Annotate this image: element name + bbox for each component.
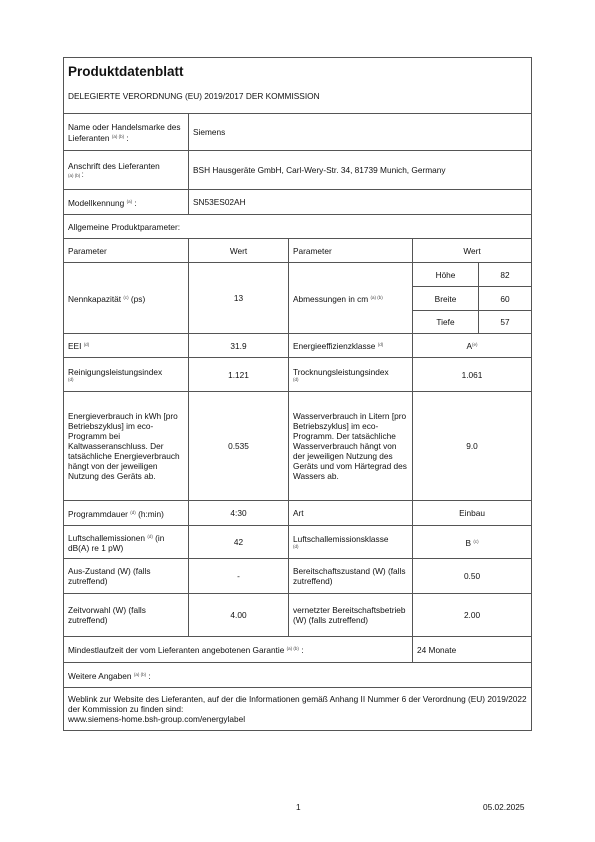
warranty-row: Mindestlaufzeit der vom Lieferanten ange… bbox=[64, 637, 532, 663]
supplier-address-label: Anschrift des Lieferanten(a) (b) : bbox=[64, 151, 189, 190]
dimension-depth-label: Tiefe bbox=[413, 311, 479, 334]
energy-consumption-value: 0.535 bbox=[189, 392, 289, 501]
general-section-row: Allgemeine Produktparameter: bbox=[64, 215, 532, 239]
weblink-url[interactable]: www.siemens-home.bsh-group.com/energylab… bbox=[68, 714, 245, 724]
col-header-parameter-2: Parameter bbox=[289, 239, 413, 263]
off-mode-label: Aus-Zustand (W) (falls zutreffend) bbox=[64, 559, 189, 594]
eei-value: 31.9 bbox=[189, 334, 289, 358]
model-label: Modellkennung (a) : bbox=[64, 190, 189, 215]
networked-standby-value: 2.00 bbox=[413, 594, 532, 637]
networked-standby-label: vernetzter Bereitschaftsbetrieb (W) (fal… bbox=[289, 594, 413, 637]
more-info-label: Weitere Angaben (a) (b) : bbox=[64, 663, 532, 688]
supplier-name-row: Name oder Handelsmarke des Lieferanten (… bbox=[64, 114, 532, 151]
dimension-width-value: 60 bbox=[479, 287, 532, 311]
data-table: Produktdatenblatt DELEGIERTE VERORDNUNG … bbox=[63, 57, 532, 731]
page-number: 1 bbox=[296, 802, 301, 812]
col-header-value: Wert bbox=[189, 239, 289, 263]
weblink-cell: Weblink zur Website des Lieferanten, auf… bbox=[64, 688, 532, 731]
delay-row: Zeitvorwahl (W) (falls zutreffend) 4.00 … bbox=[64, 594, 532, 637]
noise-row: Luftschallemissionen (d) (in dB(A) re 1 … bbox=[64, 526, 532, 559]
regulation-subtitle: DELEGIERTE VERORDNUNG (EU) 2019/2017 DER… bbox=[68, 91, 527, 101]
dimension-height-value: 82 bbox=[479, 263, 532, 287]
eei-label: EEI (d) bbox=[64, 334, 189, 358]
off-mode-value: - bbox=[189, 559, 289, 594]
capacity-label: Nennkapazität (c) (ps) bbox=[64, 263, 189, 334]
cleaning-index-value: 1.121 bbox=[189, 358, 289, 392]
program-duration-value: 4:30 bbox=[189, 501, 289, 526]
type-label: Art bbox=[289, 501, 413, 526]
supplier-address-value: BSH Hausgeräte GmbH, Carl-Wery-Str. 34, … bbox=[189, 151, 532, 190]
energy-consumption-label: Energieverbrauch in kWh [pro Betriebszyk… bbox=[64, 392, 189, 501]
duration-row: Programmdauer (d) (h:min) 4:30 Art Einba… bbox=[64, 501, 532, 526]
dimension-height-label: Höhe bbox=[413, 263, 479, 287]
noise-emission-value: 42 bbox=[189, 526, 289, 559]
consumption-row: Energieverbrauch in kWh [pro Betriebszyk… bbox=[64, 392, 532, 501]
weblink-description: Weblink zur Website des Lieferanten, auf… bbox=[68, 694, 527, 714]
drying-index-label: Trocknungsleistungsindex(d) bbox=[289, 358, 413, 392]
dimension-depth-value: 57 bbox=[479, 311, 532, 334]
delay-start-value: 4.00 bbox=[189, 594, 289, 637]
capacity-row: Nennkapazität (c) (ps) 13 Abmessungen in… bbox=[64, 263, 532, 287]
noise-class-value: B (c) bbox=[413, 526, 532, 559]
eei-row: EEI (d) 31.9 Energieeffizienzklasse (d) … bbox=[64, 334, 532, 358]
water-consumption-label: Wasserverbrauch in Litern [pro Betriebsz… bbox=[289, 392, 413, 501]
drying-index-value: 1.061 bbox=[413, 358, 532, 392]
product-data-sheet: Produktdatenblatt DELEGIERTE VERORDNUNG … bbox=[63, 57, 531, 731]
standby-label: Bereitschaftszustand (W) (falls zutreffe… bbox=[289, 559, 413, 594]
model-row: Modellkennung (a) : SN53ES02AH bbox=[64, 190, 532, 215]
supplier-name-value: Siemens bbox=[189, 114, 532, 151]
column-header-row: Parameter Wert Parameter Wert bbox=[64, 239, 532, 263]
cleaning-index-label: Reinigungsleistungsindex(d) bbox=[64, 358, 189, 392]
general-section-label: Allgemeine Produktparameter: bbox=[64, 215, 532, 239]
cleaning-row: Reinigungsleistungsindex(d) 1.121 Trockn… bbox=[64, 358, 532, 392]
noise-emission-label: Luftschallemissionen (d) (in dB(A) re 1 … bbox=[64, 526, 189, 559]
dimension-width-label: Breite bbox=[413, 287, 479, 311]
model-value: SN53ES02AH bbox=[189, 190, 532, 215]
program-duration-label: Programmdauer (d) (h:min) bbox=[64, 501, 189, 526]
dimensions-label: Abmessungen in cm (a) (b) bbox=[289, 263, 413, 334]
header-row: Produktdatenblatt DELEGIERTE VERORDNUNG … bbox=[64, 58, 532, 114]
footer-date: 05.02.2025 bbox=[483, 802, 525, 812]
supplier-name-label: Name oder Handelsmarke des Lieferanten (… bbox=[64, 114, 189, 151]
energy-class-label: Energieeffizienzklasse (d) bbox=[289, 334, 413, 358]
standby-value: 0.50 bbox=[413, 559, 532, 594]
power-row: Aus-Zustand (W) (falls zutreffend) - Ber… bbox=[64, 559, 532, 594]
noise-class-label: Luftschallemissionsklasse(d) bbox=[289, 526, 413, 559]
energy-class-value: A(e) bbox=[413, 334, 532, 358]
capacity-value: 13 bbox=[189, 263, 289, 334]
more-info-row: Weitere Angaben (a) (b) : bbox=[64, 663, 532, 688]
weblink-row: Weblink zur Website des Lieferanten, auf… bbox=[64, 688, 532, 731]
col-header-value-2: Wert bbox=[413, 239, 532, 263]
water-consumption-value: 9.0 bbox=[413, 392, 532, 501]
delay-start-label: Zeitvorwahl (W) (falls zutreffend) bbox=[64, 594, 189, 637]
page-title: Produktdatenblatt bbox=[68, 64, 527, 80]
supplier-address-row: Anschrift des Lieferanten(a) (b) : BSH H… bbox=[64, 151, 532, 190]
col-header-parameter: Parameter bbox=[64, 239, 189, 263]
warranty-label: Mindestlaufzeit der vom Lieferanten ange… bbox=[64, 637, 413, 663]
warranty-value: 24 Monate bbox=[413, 637, 532, 663]
type-value: Einbau bbox=[413, 501, 532, 526]
